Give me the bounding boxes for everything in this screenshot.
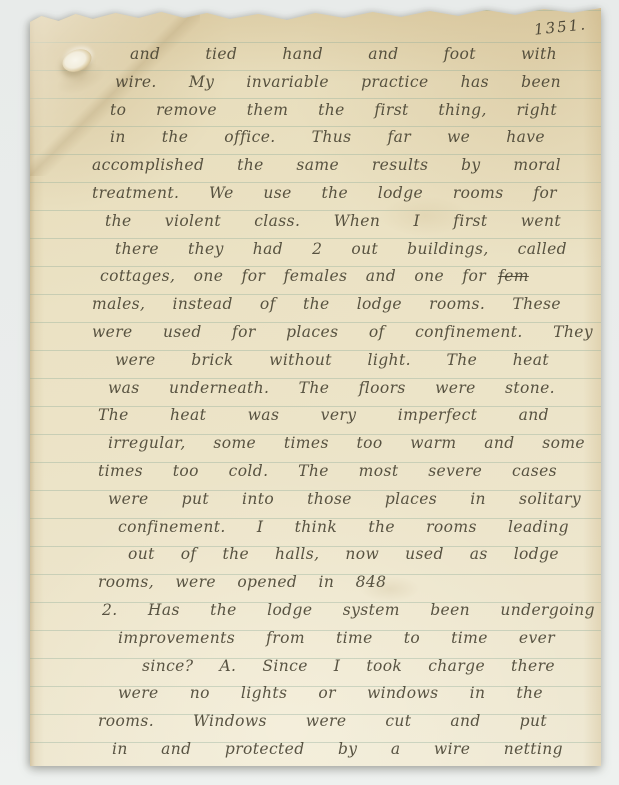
- handwritten-line: times too cold. The most severe cases: [30, 458, 601, 486]
- handwritten-line: out of the halls, now used as lodge: [30, 541, 601, 569]
- handwritten-line: in the office. Thus far we have: [30, 124, 601, 152]
- handwritten-line: rooms, were opened in 848: [30, 569, 601, 597]
- handwritten-line: there they had 2 out buildings, called: [30, 236, 601, 264]
- handwritten-line: irregular, some times too warm and some: [30, 430, 601, 458]
- handwritten-line: accomplished the same results by moral: [30, 152, 601, 180]
- handwritten-line: confinement. I think the rooms leading: [30, 514, 601, 542]
- manuscript-page: 1351. and tied hand and foot with wire. …: [30, 6, 601, 766]
- handwritten-line: The heat was very imperfect and: [30, 402, 601, 430]
- handwritten-line: wire. My invariable practice has been: [30, 69, 601, 97]
- handwritten-line: in and protected by a wire netting: [30, 736, 601, 764]
- handwritten-line: to remove them the first thing, right: [30, 97, 601, 125]
- handwritten-line: was underneath. The floors were stone.: [30, 375, 601, 403]
- struck-word: fem: [498, 267, 529, 285]
- handwritten-line: the violent class. When I first went: [30, 208, 601, 236]
- handwritten-line: treatment. We use the lodge rooms for: [30, 180, 601, 208]
- handwritten-line: were put into those places in solitary: [30, 486, 601, 514]
- handwritten-line: rooms. Windows were cut and put: [30, 708, 601, 736]
- handwritten-line: were no lights or windows in the: [30, 680, 601, 708]
- scan-background: 1351. and tied hand and foot with wire. …: [0, 0, 619, 785]
- handwritten-text: and tied hand and foot with wire. My inv…: [30, 41, 601, 764]
- handwritten-line: were brick without light. The heat: [30, 347, 601, 375]
- handwritten-line: since? A. Since I took charge there: [30, 653, 601, 681]
- handwritten-line: and tied hand and foot with: [30, 41, 601, 69]
- handwritten-line: improvements from time to time ever: [30, 625, 601, 653]
- handwritten-line: were used for places of confinement. The…: [30, 319, 601, 347]
- handwritten-line: males, instead of the lodge rooms. These: [30, 291, 601, 319]
- handwritten-line: 2. Has the lodge system been undergoing: [30, 597, 601, 625]
- paper-sheet: 1351. and tied hand and foot with wire. …: [30, 6, 601, 766]
- handwritten-line: cottages, one for females and one forfem: [30, 263, 601, 291]
- page-number: 1351.: [533, 15, 588, 38]
